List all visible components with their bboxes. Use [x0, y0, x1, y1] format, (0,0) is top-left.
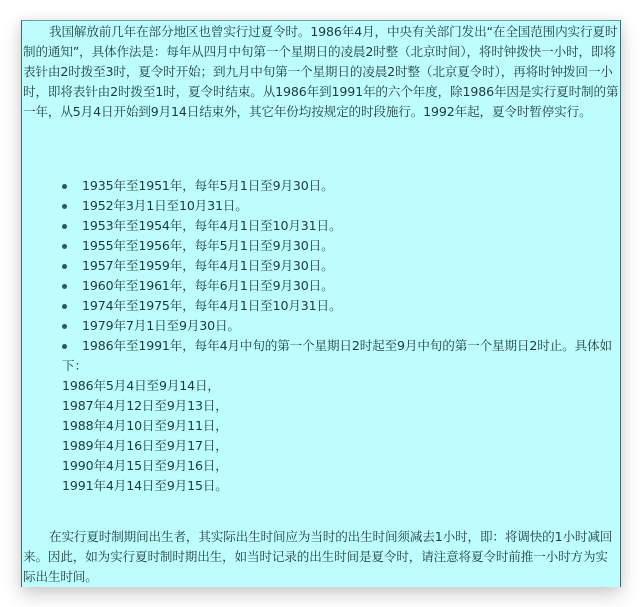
- list-item: 1960年至1961年，每年6月1日至9月30日。: [22, 276, 620, 296]
- detail-group: 1986年5月4日至9月14日， 1987年4月12日至9月13日， 1988年…: [22, 376, 620, 496]
- list-item: 1974年至1975年，每年4月1日至10月31日。: [22, 296, 620, 316]
- bullet-icon: [62, 244, 67, 249]
- dst-period-list: 1935年至1951年，每年5月1日至9月30日。 1952年3月1日至10月3…: [22, 176, 620, 496]
- dst-info-panel: 我国解放前几年在部分地区也曾实行过夏令时。1986年4月，中央有关部门发出“在全…: [21, 20, 621, 587]
- closing-paragraph: 在实行夏时制期间出生者，其实际出生时间应为当时的出生时间须减去1小时，即：将调快…: [23, 527, 621, 587]
- page: 我国解放前几年在部分地区也曾实行过夏令时。1986年4月，中央有关部门发出“在全…: [0, 0, 642, 607]
- list-item: 1955年至1956年，每年5月1日至9月30日。: [22, 236, 620, 256]
- bullet-icon: [62, 304, 67, 309]
- list-item: 1986年至1991年，每年4月中旬的第一个星期日2时起至9月中旬的第一个星期日…: [22, 336, 620, 376]
- list-item: 1935年至1951年，每年5月1日至9月30日。: [22, 176, 620, 196]
- detail-line: 1987年4月12日至9月13日，: [22, 396, 620, 416]
- list-item: 1952年3月1日至10月31日。: [22, 196, 620, 216]
- bullet-icon: [62, 204, 67, 209]
- detail-line: 1988年4月10日至9月11日，: [22, 416, 620, 436]
- bullet-icon: [62, 324, 67, 329]
- intro-paragraph: 我国解放前几年在部分地区也曾实行过夏令时。1986年4月，中央有关部门发出“在全…: [23, 22, 621, 122]
- detail-line: 1986年5月4日至9月14日，: [22, 376, 620, 396]
- bullet-icon: [62, 264, 67, 269]
- bullet-icon: [62, 184, 67, 189]
- bullet-icon: [62, 224, 67, 229]
- detail-line: 1990年4月15日至9月16日，: [22, 456, 620, 476]
- list-item: 1979年7月1日至9月30日。: [22, 316, 620, 336]
- detail-line: 1991年4月14日至9月15日。: [22, 476, 620, 496]
- list-item: 1957年至1959年，每年4月1日至9月30日。: [22, 256, 620, 276]
- list-item: 1953年至1954年，每年4月1日至10月31日。: [22, 216, 620, 236]
- detail-line: 1989年4月16日至9月17日，: [22, 436, 620, 456]
- bullet-icon: [62, 344, 67, 349]
- bullet-icon: [62, 284, 67, 289]
